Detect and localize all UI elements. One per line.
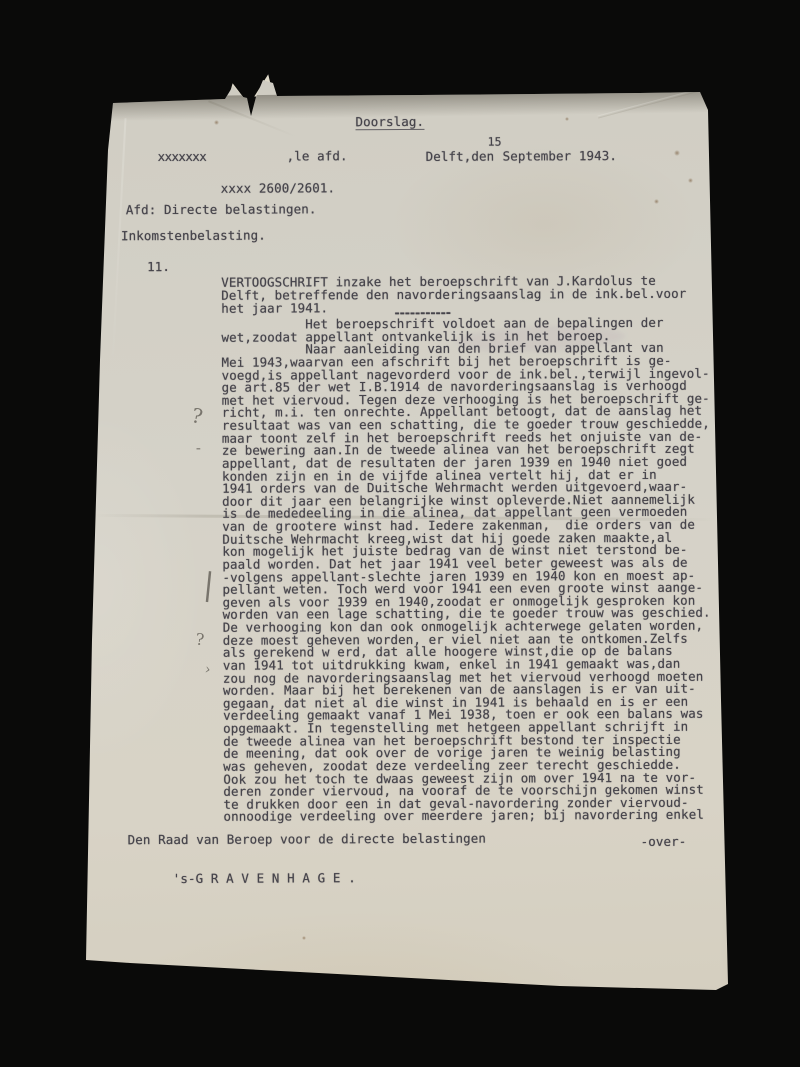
body-text-block: Het beroepschrift voldoet aan de bepalin… — [221, 317, 711, 824]
typewritten-text-layer: Doorslag. xxxxxxx ,le afd. Delft,den 15 … — [0, 0, 800, 1067]
footer-city: 's-G R A V E N H A G E . — [173, 871, 356, 885]
header-tax-line: Inkomstenbelasting. — [121, 229, 266, 243]
margin-mark: - — [196, 439, 201, 457]
header-place: Delft,den — [426, 150, 495, 163]
document-paper: Doorslag. xxxxxxx ,le afd. Delft,den 15 … — [0, 0, 800, 1067]
doc-title: Doorslag. — [355, 115, 424, 130]
photo-background: { "photo": { "background_color": "#0a0a0… — [0, 0, 800, 1067]
subject-block: VERTOOGSCHRIFT inzake het beroepschrift … — [221, 274, 686, 315]
subject-line: het jaar 1941. — [221, 300, 686, 315]
header-date-superscript: 15 — [488, 136, 502, 149]
header-reference: xxxx 2600/2601. — [221, 181, 335, 194]
margin-mark: | — [202, 566, 216, 603]
footer-over-mark: -over- — [641, 835, 687, 848]
margin-mark: › — [204, 661, 212, 678]
header-crossout: xxxxxxx — [158, 150, 207, 163]
header-afdeling: ,le afd. — [287, 149, 348, 162]
footer-addressee: Den Raad van Beroep voor de directe bela… — [128, 832, 486, 847]
header-date: September 1943. — [503, 149, 617, 162]
margin-mark: ? — [195, 630, 205, 650]
body-line: onnoodige verdeeling over meerdere jaren… — [223, 809, 711, 824]
margin-mark: ? — [189, 403, 204, 429]
header-item-number: 11. — [147, 260, 170, 273]
header-department-line: Afd: Directe belastingen. — [126, 202, 317, 216]
